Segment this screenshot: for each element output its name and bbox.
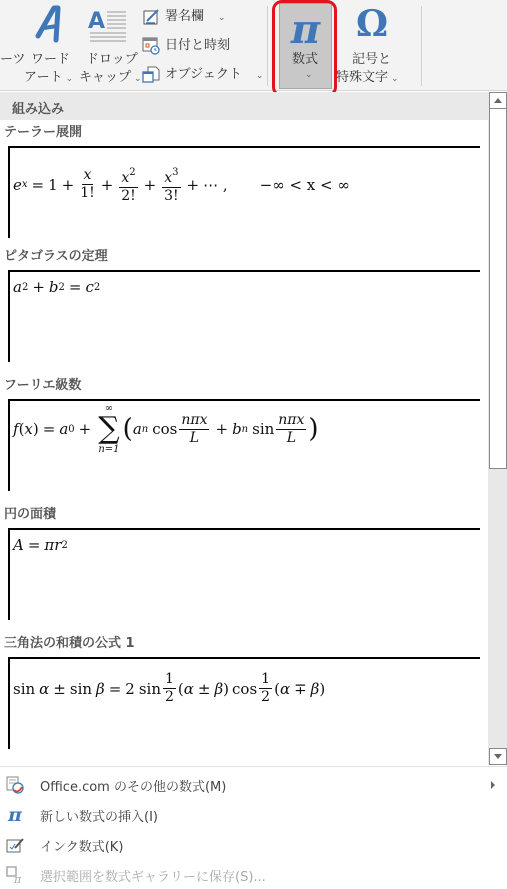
equation-preview[interactable]: ex =1 + x1! + x22! + x33! +⋯ , −∞ < x < …	[8, 146, 480, 238]
chevron-down-icon: ⌄	[305, 70, 313, 80]
scroll-down-button[interactable]	[489, 748, 507, 765]
equation-button[interactable]: π 数式 ⌄	[279, 3, 332, 89]
equation-menu: Office.com のその他の数式(M) π 新しい数式の挿入(I) インク数…	[0, 766, 507, 889]
pi-icon: π	[280, 6, 331, 53]
item-title: 三角法の和積の公式 1	[0, 631, 488, 657]
equation-gallery: 組み込み テーラー展開 ex =1 + x1! + x22! + x33! +⋯…	[0, 92, 488, 765]
menu-item-label: Office.com のその他の数式(M)	[40, 776, 226, 795]
save-to-gallery-icon: π	[6, 866, 24, 884]
pi-icon: π	[6, 806, 24, 824]
calendar-clock-icon	[142, 37, 160, 55]
gallery-item-pythagoras[interactable]: ピタゴラスの定理 a2 + b2 = c2	[0, 244, 488, 362]
menu-item-label: 選択範囲を数式ギャラリーに保存(S)...	[40, 866, 266, 885]
dropcap-label-1: ドロップ	[86, 52, 138, 68]
equation-preview[interactable]: f(x) = a0 + ∞∑n=1 ( an cos nπxL + bn sin…	[8, 399, 480, 491]
equation-pythagoras: a2 + b2 = c2	[13, 278, 100, 296]
wordart-icon	[34, 4, 68, 44]
gallery-item-fourier[interactable]: フーリエ級数 f(x) = a0 + ∞∑n=1 ( an cos nπxL +…	[0, 373, 488, 491]
item-title: フーリエ級数	[0, 373, 488, 399]
chevron-down-icon: ⌄	[218, 13, 226, 23]
symbol-label-1: 記号と	[352, 52, 391, 68]
gallery-item-trig-sum[interactable]: 三角法の和積の公式 1 sinα ± sinβ = 2sin 12 (α±β) …	[0, 631, 488, 749]
scroll-up-button[interactable]	[489, 92, 507, 109]
dropcap-label-2: キャップ⌄	[79, 70, 142, 87]
office-equations-icon	[6, 776, 24, 794]
item-title: 円の面積	[0, 502, 488, 528]
item-title: テーラー展開	[0, 120, 488, 146]
item-title: ピタゴラスの定理	[0, 244, 488, 270]
separator	[267, 6, 268, 86]
equation-fourier: f(x) = a0 + ∞∑n=1 ( an cos nπxL + bn sin…	[13, 403, 319, 455]
symbol-label-2: 特殊文字⌄	[336, 70, 399, 87]
equation-preview[interactable]: sinα ± sinβ = 2sin 12 (α±β) cos 12 (α∓β)	[8, 657, 480, 749]
ink-equation-icon	[6, 836, 24, 854]
wordart-label-1: ワード	[31, 52, 70, 68]
chevron-down-icon: ⌄	[66, 74, 74, 84]
date-time-label: 日付と時刻	[165, 38, 230, 54]
object-icon	[142, 66, 160, 84]
quick-parts-label-partial[interactable]: ーツ	[0, 52, 25, 68]
menu-item-save-to-gallery: π 選択範囲を数式ギャラリーに保存(S)...	[0, 860, 507, 889]
chevron-down-icon: ⌄	[134, 74, 142, 84]
equation-trig-sum: sinα ± sinβ = 2sin 12 (α±β) cos 12 (α∓β)	[13, 671, 325, 706]
menu-item-more-equations[interactable]: Office.com のその他の数式(M)	[0, 770, 507, 800]
arrow-down-icon	[494, 754, 502, 759]
omega-icon: Ω	[352, 3, 392, 45]
dropcap-icon: A	[88, 8, 130, 44]
menu-item-label: インク数式(K)	[40, 836, 123, 855]
signature-icon	[143, 8, 161, 26]
svg-text:A: A	[88, 9, 105, 34]
scroll-thumb[interactable]	[489, 109, 507, 469]
equation-taylor: ex =1 + x1! + x22! + x33! +⋯ , −∞ < x < …	[13, 164, 350, 205]
equation-label: 数式	[292, 52, 318, 68]
equation-preview[interactable]: A = πr2	[8, 528, 480, 620]
ribbon: ーツ ワード アート⌄ A ドロップ キャップ⌄ 署名欄⌄	[0, 0, 507, 91]
svg-text:π: π	[13, 873, 22, 884]
menu-item-insert-new-equation[interactable]: π 新しい数式の挿入(I)	[0, 800, 507, 830]
submenu-arrow-icon	[491, 781, 495, 789]
equation-preview[interactable]: a2 + b2 = c2	[8, 270, 480, 362]
chevron-down-icon: ⌄	[256, 71, 264, 81]
gallery-item-circle-area[interactable]: 円の面積 A = πr2	[0, 502, 488, 620]
chevron-down-icon: ⌄	[391, 74, 399, 84]
separator	[421, 6, 422, 86]
equation-circle-area: A = πr2	[13, 536, 68, 554]
menu-item-label: 新しい数式の挿入(I)	[40, 806, 158, 825]
signature-line-label: 署名欄⌄	[165, 9, 226, 26]
category-header: 組み込み	[0, 92, 488, 120]
wordart-label-2: アート⌄	[24, 70, 73, 87]
object-label: オブジェクト⌄	[165, 67, 263, 84]
gallery-scrollbar[interactable]	[488, 92, 507, 765]
gallery-item-taylor[interactable]: テーラー展開 ex =1 + x1! + x22! + x33! +⋯ , −∞…	[0, 120, 488, 238]
arrow-up-icon	[494, 98, 502, 103]
menu-item-ink-equation[interactable]: インク数式(K)	[0, 830, 507, 860]
